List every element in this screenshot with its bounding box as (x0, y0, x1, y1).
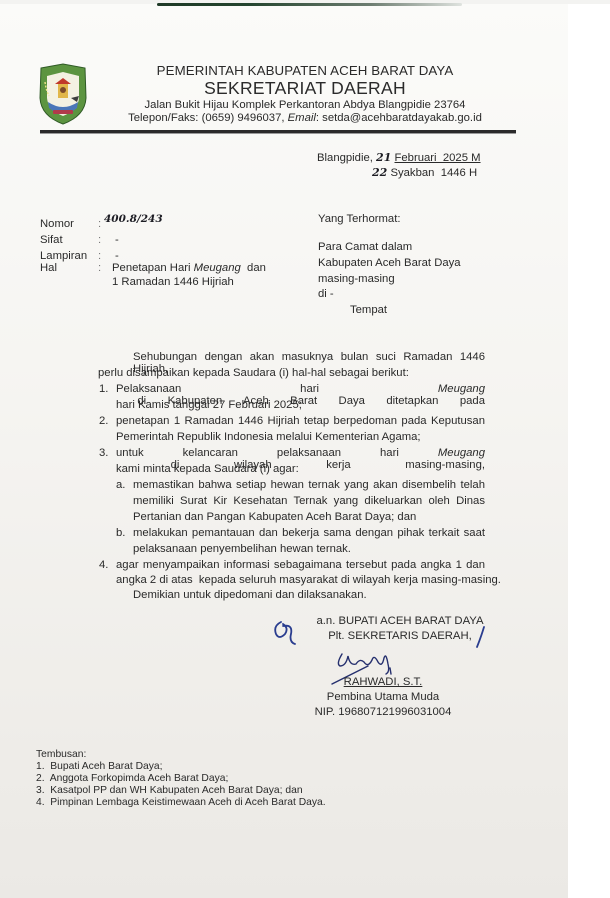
item4-number: 4. (99, 559, 108, 571)
hal-colon: : (98, 262, 101, 274)
tembusan-item-4: 4. Pimpinan Lembaga Keistimewaan Aceh di… (36, 797, 326, 808)
date-gregorian: Februari 2025 M (395, 152, 481, 164)
signatory-nip: NIP. 196807121996031004 (300, 706, 466, 718)
lampiran-value: - (115, 250, 119, 262)
item3a-line3: Pertanian dan Pangan Kabupaten Aceh Bara… (133, 511, 416, 523)
recipient-line4: di - (318, 288, 334, 300)
nomor-colon: : (98, 218, 101, 230)
handwritten-initial-icon (271, 618, 301, 646)
item2-line2: Pemerintah Republik Indonesia melalui Ke… (116, 431, 421, 443)
signatory-name: RAHWADI, S.T. (318, 676, 448, 688)
item1-text: Pelaksanaan hari (116, 383, 438, 395)
signatory-rank: Pembina Utama Muda (308, 691, 458, 703)
tembusan-title: Tembusan: (36, 749, 86, 760)
item3a-line1: memastikan bahwa setiap hewan ternak yan… (133, 479, 485, 491)
item3a-letter: a. (116, 479, 125, 491)
recipient-line2: Kabupaten Aceh Barat Daya (318, 257, 461, 269)
email-label: Email (288, 112, 316, 124)
closing-text: Demikian untuk dipedomani dan dilaksanak… (133, 589, 367, 601)
item4-line2: angka 2 di atas kepada seluruh masyaraka… (116, 574, 501, 586)
item3-text: untuk kelancaran pelaksanaan hari (116, 447, 438, 459)
recipient-line3: masing-masing (318, 273, 395, 285)
recipient-salutation: Yang Terhormat: (318, 213, 400, 225)
recipient-line5: Tempat (350, 304, 387, 316)
recipient-line1: Para Camat dalam (318, 241, 412, 253)
sifat-label: Sifat (40, 234, 63, 246)
hal-value-line1: Penetapan Hari Meugang dan (112, 262, 266, 274)
letter-date: Blangpidie, 21 Februari 2025 M (317, 151, 481, 164)
hal-label: Hal (40, 262, 57, 274)
item3-number: 3. (99, 447, 108, 459)
sifat-value: - (115, 234, 119, 246)
letterhead-contact: Telepon/Faks: (0659) 9496037, Email: set… (95, 112, 515, 124)
hal-italic: Meugang (194, 262, 241, 274)
tembusan-item-1: 1. Bupati Aceh Barat Daya; (36, 761, 163, 772)
date-day-handwritten: 21 (376, 151, 391, 164)
item3b-letter: b. (116, 527, 125, 539)
date-place: Blangpidie, (317, 152, 373, 164)
item3b-line1: melakukan pemantauan dan bekerja sama de… (133, 527, 485, 539)
sifat-colon: : (98, 234, 101, 246)
aceh-barat-daya-coat-of-arms-icon (37, 62, 89, 126)
letterhead-government: PEMERINTAH KABUPATEN ACEH BARAT DAYA (95, 63, 515, 78)
date-hijri-day-handwritten: 22 (372, 166, 387, 179)
item4-line1: agar menyampaikan informasi sebagaimana … (116, 559, 485, 571)
item3b-line2: pelaksanaan penyembelihan hewan ternak. (133, 543, 351, 555)
nomor-value: 400.8/243 (104, 213, 163, 225)
item3-line2: kami minta kepada Saudara (i) agar: (116, 463, 299, 475)
item3a-line2: memiliki Surat Kir Kesehatan Ternak yang… (133, 495, 485, 507)
item1-number: 1. (99, 383, 108, 395)
contact-phone: Telepon/Faks: (0659) 9496037, (128, 112, 288, 124)
item1-line2: hari Kamis tanggal 27 Februari 2025; (116, 399, 302, 411)
hal-text-post: dan (241, 262, 266, 274)
tembusan-item-3: 3. Kasatpol PP dan WH Kabupaten Aceh Bar… (36, 785, 303, 796)
letterhead-address: Jalan Bukit Hijau Komplek Perkantoran Ab… (95, 99, 515, 111)
email-value: : setda@acehbaratdayakab.go.id (316, 112, 482, 124)
background-margin (568, 0, 610, 898)
item1-italic: Meugang (438, 383, 485, 395)
nomor-label: Nomor (40, 218, 74, 230)
signature-position: Plt. SEKRETARIS DAERAH, (300, 630, 500, 642)
signature-on-behalf: a.n. BUPATI ACEH BARAT DAYA (300, 615, 500, 627)
hal-text: Penetapan Hari (112, 262, 194, 274)
item2-number: 2. (99, 415, 108, 427)
item3-italic: Meugang (438, 447, 485, 459)
date-hijri: Syakban 1446 H (390, 167, 477, 179)
handwritten-stroke-icon (474, 625, 488, 649)
letterhead-office: SEKRETARIAT DAERAH (95, 78, 515, 99)
letter-date-hijri: 22 Syakban 1446 H (372, 166, 477, 179)
letterhead-divider (40, 130, 516, 134)
top-green-line (157, 3, 462, 6)
tembusan-item-2: 2. Anggota Forkopimda Aceh Barat Daya; (36, 773, 228, 784)
intro-line2: perlu disampaikan kepada Saudara (i) hal… (98, 367, 409, 379)
lampiran-colon: : (98, 250, 101, 262)
item2-line1: penetapan 1 Ramadan 1446 Hijriah tetap b… (116, 415, 485, 427)
lampiran-label: Lampiran (40, 250, 87, 262)
hal-value-line2: 1 Ramadan 1446 Hijriah (112, 276, 234, 288)
